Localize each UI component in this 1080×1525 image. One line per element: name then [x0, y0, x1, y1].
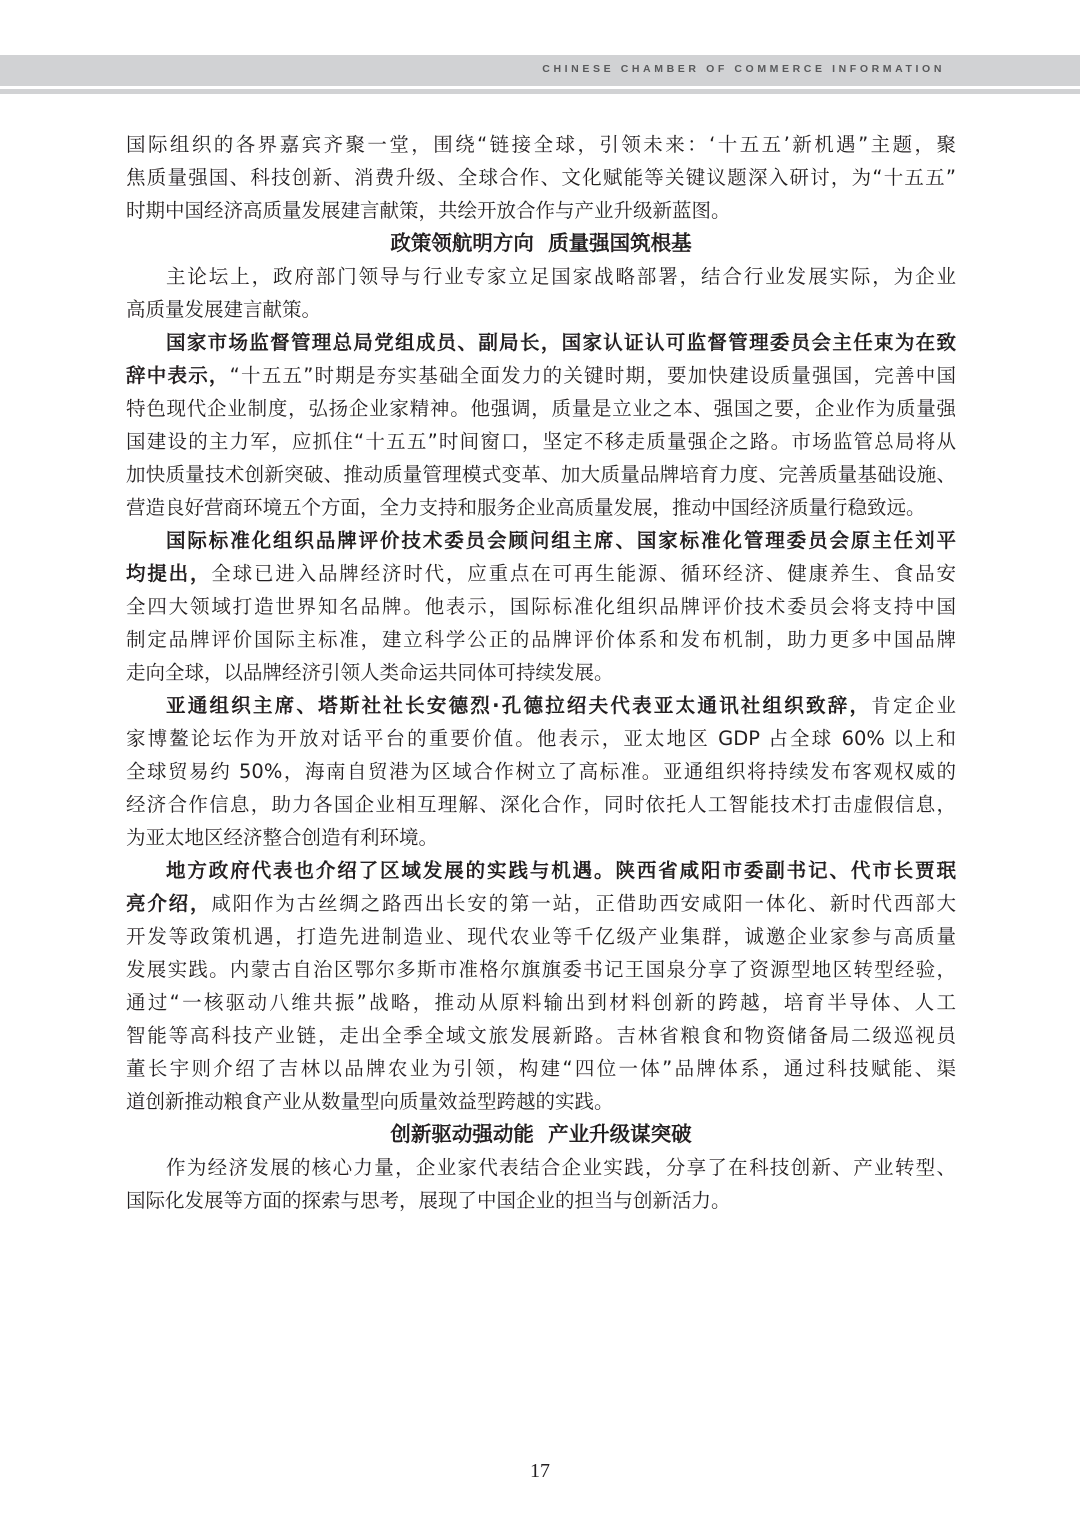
text-line: 发展实践。内蒙古自治区鄂尔多斯市准格尔旗旗委书记王国泉分享了资源型地区转型经验，: [126, 953, 956, 986]
text-line: 营造良好营商环境五个方面，全力支持和服务企业高质量发展，推动中国经济质量行稳致远…: [126, 491, 956, 524]
text-line: 道创新推动粮食产业从数量型向质量效益型跨越的实践。: [126, 1085, 956, 1118]
text-line: 全四大领域打造世界知名品牌。他表示，国际标准化组织品牌评价技术委员会将支持中国: [126, 590, 956, 623]
speaker-lead: 亮介绍，: [126, 892, 211, 915]
running-header-band: CHINESE CHAMBER OF COMMERCE INFORMATION: [0, 55, 1080, 86]
text-line: 开发等政策机遇，打造先进制造业、现代农业等千亿级产业集群，诚邀企业家参与高质量: [126, 920, 956, 953]
text-line: 作为经济发展的核心力量，企业家代表结合企业实践，分享了在科技创新、产业转型、: [126, 1151, 956, 1184]
text-line: 家博鳌论坛作为开放对话平台的重要价值。他表示，亚太地区 GDP 占全球 60% …: [126, 722, 956, 755]
text-line: 国际组织的各界嘉宾齐聚一堂，围绕“链接全球，引领未来：‘十五五’新机遇”主题，聚: [126, 128, 956, 161]
speaker-lead: 辞中表示，: [126, 364, 230, 387]
text-line: 智能等高科技产业链，走出全季全域文旅发展新路。吉林省粮食和物资储备局二级巡视员: [126, 1019, 956, 1052]
text-span: “十五五”时期是夯实基础全面发力的关键时期，要加快建设质量强国，完善中国: [230, 364, 956, 387]
text-line: 时期中国经济高质量发展建言献策，共绘开放合作与产业升级新蓝图。: [126, 194, 956, 227]
page-number: 17: [0, 1460, 1080, 1483]
paragraph-entrepreneurs: 作为经济发展的核心力量，企业家代表结合企业实践，分享了在科技创新、产业转型、 国…: [126, 1151, 956, 1217]
text-span: 全球已进入品牌经济时代，应重点在可再生能源、循环经济、健康养生、食品安: [211, 562, 956, 585]
running-header-title: CHINESE CHAMBER OF COMMERCE INFORMATION: [542, 63, 945, 75]
article-body: 国际组织的各界嘉宾齐聚一堂，围绕“链接全球，引领未来：‘十五五’新机遇”主题，聚…: [126, 128, 956, 1217]
text-line: 辞中表示，“十五五”时期是夯实基础全面发力的关键时期，要加快建设质量强国，完善中…: [126, 359, 956, 392]
speaker-line: 国家市场监督管理总局党组成员、副局长，国家认证认可监督管理委员会主任束为在致: [126, 326, 956, 359]
text-line: 主论坛上，政府部门领导与行业专家立足国家战略部署，结合行业发展实际，为企业: [126, 260, 956, 293]
text-line: 亚通组织主席、塔斯社社长安德烈·孔德拉绍夫代表亚太通讯社组织致辞，肯定企业: [126, 689, 956, 722]
text-line: 均提出，全球已进入品牌经济时代，应重点在可再生能源、循环经济、健康养生、食品安: [126, 557, 956, 590]
text-line: 特色现代企业制度，弘扬企业家精神。他强调，质量是立业之本、强国之要，企业作为质量…: [126, 392, 956, 425]
text-line: 焦质量强国、科技创新、消费升级、全球合作、文化赋能等关键议题深入研讨，为“十五五…: [126, 161, 956, 194]
speaker-lead: 均提出，: [126, 562, 211, 585]
speaker-line: 国际标准化组织品牌评价技术委员会顾问组主席、国家标准化管理委员会原主任刘平: [126, 524, 956, 557]
section-heading-policy: 政策领航明方向 质量强国筑根基: [126, 227, 956, 260]
text-line: 全球贸易约 50%，海南自贸港为区域合作树立了高标准。亚通组织将持续发布客观权威…: [126, 755, 956, 788]
speaker-line: 地方政府代表也介绍了区域发展的实践与机遇。陕西省咸阳市委副书记、代市长贾珉: [126, 854, 956, 887]
text-line: 通过“一核驱动八维共振”战略，推动从原料输出到材料创新的跨越，培育半导体、人工: [126, 986, 956, 1019]
text-line: 亮介绍，咸阳作为古丝绸之路西出长安的第一站，正借助西安咸阳一体化、新时代西部大: [126, 887, 956, 920]
text-line: 高质量发展建言献策。: [126, 293, 956, 326]
paragraph-local-government: 地方政府代表也介绍了区域发展的实践与机遇。陕西省咸阳市委副书记、代市长贾珉 亮介…: [126, 854, 956, 1118]
text-span: 肯定企业: [871, 694, 956, 717]
paragraph-iso-brand: 国际标准化组织品牌评价技术委员会顾问组主席、国家标准化管理委员会原主任刘平 均提…: [126, 524, 956, 689]
text-line: 为亚太地区经济整合创造有利环境。: [126, 821, 956, 854]
text-line: 董长宇则介绍了吉林以品牌农业为引领，构建“四位一体”品牌体系，通过科技赋能、渠: [126, 1052, 956, 1085]
section-heading-innovation: 创新驱动强动能 产业升级谋突破: [126, 1118, 956, 1151]
text-span: 咸阳作为古丝绸之路西出长安的第一站，正借助西安咸阳一体化、新时代西部大: [211, 892, 956, 915]
speaker-lead: 亚通组织主席、塔斯社社长安德烈·孔德拉绍夫代表亚太通讯社组织致辞，: [166, 694, 871, 717]
text-line: 加快质量技术创新突破、推动质量管理模式变革、加大质量品牌培育力度、完善质量基础设…: [126, 458, 956, 491]
paragraph-oana-speech: 亚通组织主席、塔斯社社长安德烈·孔德拉绍夫代表亚太通讯社组织致辞，肯定企业 家博…: [126, 689, 956, 854]
text-line: 走向全球，以品牌经济引领人类命运共同体可持续发展。: [126, 656, 956, 689]
text-line: 制定品牌评价国际主标准，建立科学公正的品牌评价体系和发布机制，助力更多中国品牌: [126, 623, 956, 656]
intro-paragraph: 国际组织的各界嘉宾齐聚一堂，围绕“链接全球，引领未来：‘十五五’新机遇”主题，聚…: [126, 128, 956, 227]
header-divider: [0, 89, 1080, 94]
text-line: 国际化发展等方面的探索与思考，展现了中国企业的担当与创新活力。: [126, 1184, 956, 1217]
paragraph-samr-speech: 国家市场监督管理总局党组成员、副局长，国家认证认可监督管理委员会主任束为在致 辞…: [126, 326, 956, 524]
text-line: 经济合作信息，助力各国企业相互理解、深化合作，同时依托人工智能技术打击虚假信息，: [126, 788, 956, 821]
text-line: 国建设的主力军，应抓住“十五五”时间窗口，坚定不移走质量强企之路。市场监管总局将…: [126, 425, 956, 458]
paragraph-main-forum: 主论坛上，政府部门领导与行业专家立足国家战略部署，结合行业发展实际，为企业 高质…: [126, 260, 956, 326]
